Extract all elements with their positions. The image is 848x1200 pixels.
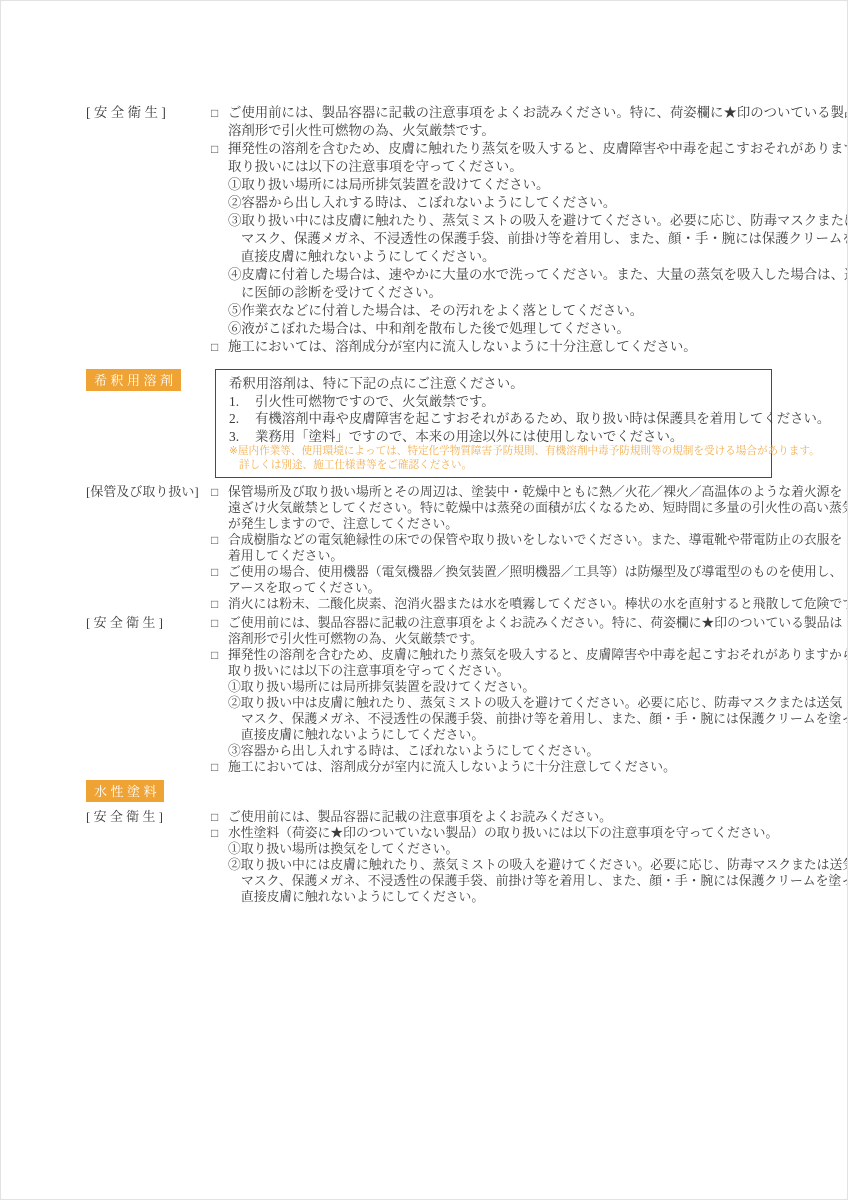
check-item: □ご使用前には、製品容器に記載の注意事項をよくお読みください。特に、荷姿欄に★印… (211, 104, 781, 140)
checkbox-icon: □ (211, 647, 228, 679)
item-line: ①取り扱い場所には局所排気装置を設けてください。 (228, 176, 781, 194)
document-content: [ 安 全 衛 生 ]□ご使用前には、製品容器に記載の注意事項をよくお読みくださ… (86, 104, 781, 905)
numbered-instruction: ①取り扱い場所には局所排気装置を設けてください。 (211, 176, 781, 194)
checkbox-icon: □ (211, 825, 228, 841)
list-text: 業務用「塗料」ですので、本来の用途以外には使用しないでください。 (255, 428, 683, 446)
check-item-text: 揮発性の溶剤を含むため、皮膚に触れたり蒸気を吸入すると、皮膚障害や中毒を起こすお… (228, 140, 781, 176)
item-line: 直接皮膚に触れないようにしてください。 (228, 889, 781, 905)
item-line: 施工においては、溶剤成分が室内に流入しないように十分注意してください。 (228, 338, 697, 356)
item-line: 施工においては、溶剤成分が室内に流入しないように十分注意してください。 (228, 759, 676, 775)
numbered-instruction: ⑤作業衣などに付着した場合は、その汚れをよく落としてください。 (211, 302, 781, 320)
item-line: ⑤作業衣などに付着した場合は、その汚れをよく落としてください。 (228, 302, 781, 320)
section-body: □ご使用前には、製品容器に記載の注意事項をよくお読みください。特に、荷姿欄に★印… (211, 615, 781, 775)
section-row: [ 安 全 衛 生 ]□ご使用前には、製品容器に記載の注意事項をよくお読みくださ… (86, 809, 781, 905)
item-line: ②容器から出し入れする時は、こぼれないようにしてください。 (228, 194, 781, 212)
section-label-column: [ 安 全 衛 生 ] (86, 104, 211, 122)
check-item-text: ご使用の場合、使用機器（電気機器／換気装置／照明機器／工具等）は防爆型及び導電型… (228, 564, 781, 596)
item-line: ①取り扱い場所には局所排気装置を設けてください。 (228, 679, 781, 695)
list-number: 1. (229, 393, 255, 411)
item-line: に医師の診断を受けてください。 (228, 284, 781, 302)
checkbox-icon: □ (211, 140, 228, 176)
section-label-column: 希釈用溶剤 (86, 369, 211, 391)
item-line: ご使用前には、製品容器に記載の注意事項をよくお読みください。特に、荷姿欄に★印の… (228, 104, 781, 122)
item-line: 溶剤形で引火性可燃物の為、火気厳禁です。 (228, 631, 781, 647)
section-body: 希釈用溶剤は、特に下記の点にご注意ください。1.引火性可燃物ですので、火気厳禁で… (211, 369, 781, 478)
item-line: 取り扱いには以下の注意事項を守ってください。 (228, 663, 781, 679)
check-item: □揮発性の溶剤を含むため、皮膚に触れたり蒸気を吸入すると、皮膚障害や中毒を起こす… (211, 140, 781, 176)
check-item: □揮発性の溶剤を含むため、皮膚に触れたり蒸気を吸入すると、皮膚障害や中毒を起こす… (211, 647, 781, 679)
list-text: 引火性可燃物ですので、火気厳禁です。 (255, 393, 495, 411)
section-label: [保管及び取り扱い] (86, 484, 211, 500)
item-line: 水性塗料（荷姿に★印のついていない製品）の取り扱いには以下の注意事項を守ってくだ… (228, 825, 778, 841)
numbered-instruction: ①取り扱い場所は換気をしてください。 (211, 841, 781, 857)
checkbox-icon: □ (211, 615, 228, 647)
section-label: [ 安 全 衛 生 ] (86, 615, 211, 631)
section-safety-1: [ 安 全 衛 生 ]□ご使用前には、製品容器に記載の注意事項をよくお読みくださ… (86, 104, 781, 356)
check-item-text: 水性塗料（荷姿に★印のついていない製品）の取り扱いには以下の注意事項を守ってくだ… (228, 825, 778, 841)
section-body: □ご使用前には、製品容器に記載の注意事項をよくお読みください。□水性塗料（荷姿に… (211, 809, 781, 905)
list-number: 2. (229, 410, 255, 428)
check-item-text: 保管場所及び取り扱い場所とその周辺は、塗装中・乾燥中ともに熱／火花／裸火／高温体… (228, 484, 781, 532)
solvent-caution-box: 希釈用溶剤は、特に下記の点にご注意ください。1.引火性可燃物ですので、火気厳禁で… (215, 369, 772, 478)
checkbox-icon: □ (211, 104, 228, 140)
numbered-instruction: ⑥液がこぼれた場合は、中和剤を散布した後で処理してください。 (211, 320, 781, 338)
item-line: ④皮膚に付着した場合は、速やかに大量の水で洗ってください。また、大量の蒸気を吸入… (228, 266, 781, 284)
box-title: 希釈用溶剤は、特に下記の点にご注意ください。 (229, 375, 763, 393)
document-page: [ 安 全 衛 生 ]□ご使用前には、製品容器に記載の注意事項をよくお読みくださ… (0, 0, 848, 1200)
item-line: 直接皮膚に触れないようにしてください。 (228, 727, 781, 743)
box-note: 詳しくは別途、施工仕様書等をご確認ください。 (229, 459, 763, 473)
checkbox-icon: □ (211, 564, 228, 596)
item-line: ②取り扱い中は皮膚に触れたり、蒸気ミストの吸入を避けてください。必要に応じ、防毒… (228, 695, 781, 711)
box-numbered-item: 2.有機溶剤中毒や皮膚障害を起こすおそれがあるため、取り扱い時は保護具を着用して… (229, 410, 763, 428)
check-item: □施工においては、溶剤成分が室内に流入しないように十分注意してください。 (211, 338, 781, 356)
item-line: 消火には粉末、二酸化炭素、泡消火器または水を噴霧してください。棒状の水を直射する… (228, 596, 781, 612)
numbered-instruction: ②取り扱い中には皮膚に触れたり、蒸気ミストの吸入を避けてください。必要に応じ、防… (211, 857, 781, 905)
item-line: マスク、保護メガネ、不浸透性の保護手袋、前掛け等を着用し、また、顔・手・腕には保… (228, 711, 781, 727)
check-item: □合成樹脂などの電気絶縁性の床での保管や取り扱いをしないでください。また、導電靴… (211, 532, 781, 564)
list-number: 3. (229, 428, 255, 446)
section-body: □ご使用前には、製品容器に記載の注意事項をよくお読みください。特に、荷姿欄に★印… (211, 104, 781, 356)
numbered-instruction: ③取り扱い中には皮膚に触れたり、蒸気ミストの吸入を避けてください。必要に応じ、防… (211, 212, 781, 266)
section-label-column: [保管及び取り扱い] (86, 484, 211, 500)
section-storage: [保管及び取り扱い]□保管場所及び取り扱い場所とその周辺は、塗装中・乾燥中ともに… (86, 484, 781, 612)
item-line: 取り扱いには以下の注意事項を守ってください。 (228, 158, 781, 176)
check-item-text: 合成樹脂などの電気絶縁性の床での保管や取り扱いをしないでください。また、導電靴や… (228, 532, 781, 564)
section-thinner: 希釈用溶剤希釈用溶剤は、特に下記の点にご注意ください。1.引火性可燃物ですので、… (86, 369, 781, 478)
item-line: マスク、保護メガネ、不浸透性の保護手袋、前掛け等を着用し、また、顔・手・腕には保… (228, 230, 781, 248)
section-body: □保管場所及び取り扱い場所とその周辺は、塗装中・乾燥中ともに熱／火花／裸火／高温… (211, 484, 781, 612)
item-line: ③容器から出し入れする時は、こぼれないようにしてください。 (228, 743, 781, 759)
numbered-instruction: ②取り扱い中は皮膚に触れたり、蒸気ミストの吸入を避けてください。必要に応じ、防毒… (211, 695, 781, 743)
checkbox-icon: □ (211, 809, 228, 825)
item-line: 揮発性の溶剤を含むため、皮膚に触れたり蒸気を吸入すると、皮膚障害や中毒を起こすお… (228, 140, 781, 158)
section-row: [ 安 全 衛 生 ]□ご使用前には、製品容器に記載の注意事項をよくお読みくださ… (86, 104, 781, 356)
item-line: 溶剤形で引火性可燃物の為、火気厳禁です。 (228, 122, 781, 140)
check-item-text: ご使用前には、製品容器に記載の注意事項をよくお読みください。 (228, 809, 612, 825)
check-item-text: 施工においては、溶剤成分が室内に流入しないように十分注意してください。 (228, 338, 697, 356)
item-line: ご使用前には、製品容器に記載の注意事項をよくお読みください。特に、荷姿欄に★印の… (228, 615, 781, 631)
check-item-text: ご使用前には、製品容器に記載の注意事項をよくお読みください。特に、荷姿欄に★印の… (228, 104, 781, 140)
checkbox-icon: □ (211, 759, 228, 775)
check-item-text: 揮発性の溶剤を含むため、皮膚に触れたり蒸気を吸入すると、皮膚障害や中毒を起こすお… (228, 647, 781, 679)
item-line: ご使用前には、製品容器に記載の注意事項をよくお読みください。 (228, 809, 612, 825)
check-item-text: 施工においては、溶剤成分が室内に流入しないように十分注意してください。 (228, 759, 676, 775)
item-line: 保管場所及び取り扱い場所とその周辺は、塗装中・乾燥中ともに熱／火花／裸火／高温体… (228, 484, 781, 500)
numbered-instruction: ③容器から出し入れする時は、こぼれないようにしてください。 (211, 743, 781, 759)
item-line: が発生しますので、注意してください。 (228, 516, 781, 532)
section-row: [ 安 全 衛 生 ]□ご使用前には、製品容器に記載の注意事項をよくお読みくださ… (86, 615, 781, 775)
item-line: 着用してください。 (228, 548, 781, 564)
numbered-instruction: ②容器から出し入れする時は、こぼれないようにしてください。 (211, 194, 781, 212)
item-line: ③取り扱い中には皮膚に触れたり、蒸気ミストの吸入を避けてください。必要に応じ、防… (228, 212, 781, 230)
product-type-tag: 水性塗料 (86, 780, 164, 802)
item-line: 揮発性の溶剤を含むため、皮膚に触れたり蒸気を吸入すると、皮膚障害や中毒を起こすお… (228, 647, 781, 663)
check-item: □水性塗料（荷姿に★印のついていない製品）の取り扱いには以下の注意事項を守ってく… (211, 825, 781, 841)
item-line: ご使用の場合、使用機器（電気機器／換気装置／照明機器／工具等）は防爆型及び導電型… (228, 564, 781, 580)
section-label: [ 安 全 衛 生 ] (86, 809, 211, 825)
item-line: 合成樹脂などの電気絶縁性の床での保管や取り扱いをしないでください。また、導電靴や… (228, 532, 781, 548)
check-item: □保管場所及び取り扱い場所とその周辺は、塗装中・乾燥中ともに熱／火花／裸火／高温… (211, 484, 781, 532)
section-row: [保管及び取り扱い]□保管場所及び取り扱い場所とその周辺は、塗装中・乾燥中ともに… (86, 484, 781, 612)
check-item: □ご使用前には、製品容器に記載の注意事項をよくお読みください。特に、荷姿欄に★印… (211, 615, 781, 647)
product-type-tag: 希釈用溶剤 (86, 369, 181, 391)
section-label-column: [ 安 全 衛 生 ] (86, 615, 211, 631)
check-item: □ご使用前には、製品容器に記載の注意事項をよくお読みください。 (211, 809, 781, 825)
checkbox-icon: □ (211, 532, 228, 564)
box-note: ※屋内作業等、使用環境によっては、特定化学物質障害予防規則、有機溶剤中毒予防規則… (229, 445, 763, 459)
box-numbered-item: 1.引火性可燃物ですので、火気厳禁です。 (229, 393, 763, 411)
item-line: ⑥液がこぼれた場合は、中和剤を散布した後で処理してください。 (228, 320, 781, 338)
box-numbered-item: 3.業務用「塗料」ですので、本来の用途以外には使用しないでください。 (229, 428, 763, 446)
section-safety-2: [ 安 全 衛 生 ]□ご使用前には、製品容器に記載の注意事項をよくお読みくださ… (86, 615, 781, 775)
section-water: 水性塗料[ 安 全 衛 生 ]□ご使用前には、製品容器に記載の注意事項をよくお読… (86, 778, 781, 905)
checkbox-icon: □ (211, 484, 228, 532)
item-line: 遠ざけ火気厳禁としてください。特に乾燥中は蒸発の面積が広くなるため、短時間に多量… (228, 500, 781, 516)
list-text: 有機溶剤中毒や皮膚障害を起こすおそれがあるため、取り扱い時は保護具を着用してくだ… (255, 410, 830, 428)
check-item: □施工においては、溶剤成分が室内に流入しないように十分注意してください。 (211, 759, 781, 775)
numbered-instruction: ④皮膚に付着した場合は、速やかに大量の水で洗ってください。また、大量の蒸気を吸入… (211, 266, 781, 302)
item-line: 直接皮膚に触れないようにしてください。 (228, 248, 781, 266)
check-item: □消火には粉末、二酸化炭素、泡消火器または水を噴霧してください。棒状の水を直射す… (211, 596, 781, 612)
item-line: アースを取ってください。 (228, 580, 781, 596)
check-item-text: ご使用前には、製品容器に記載の注意事項をよくお読みください。特に、荷姿欄に★印の… (228, 615, 781, 647)
checkbox-icon: □ (211, 596, 228, 612)
item-line: ②取り扱い中には皮膚に触れたり、蒸気ミストの吸入を避けてください。必要に応じ、防… (228, 857, 781, 873)
check-item: □ご使用の場合、使用機器（電気機器／換気装置／照明機器／工具等）は防爆型及び導電… (211, 564, 781, 596)
section-row: 希釈用溶剤希釈用溶剤は、特に下記の点にご注意ください。1.引火性可燃物ですので、… (86, 369, 781, 478)
section-label: [ 安 全 衛 生 ] (86, 104, 211, 122)
item-line: マスク、保護メガネ、不浸透性の保護手袋、前掛け等を着用し、また、顔・手・腕には保… (228, 873, 781, 889)
numbered-instruction: ①取り扱い場所には局所排気装置を設けてください。 (211, 679, 781, 695)
checkbox-icon: □ (211, 338, 228, 356)
check-item-text: 消火には粉末、二酸化炭素、泡消火器または水を噴霧してください。棒状の水を直射する… (228, 596, 781, 612)
section-label-column: [ 安 全 衛 生 ] (86, 809, 211, 825)
item-line: ①取り扱い場所は換気をしてください。 (228, 841, 781, 857)
